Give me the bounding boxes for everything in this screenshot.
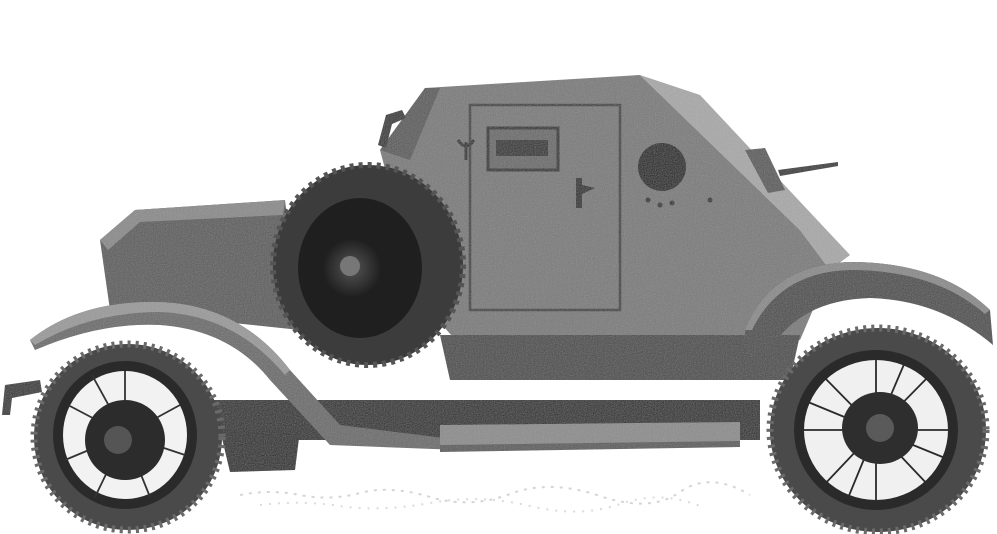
spare-tire — [273, 165, 463, 365]
round-port — [638, 143, 686, 191]
rear-wheel — [770, 328, 986, 532]
armored-car-photo — [0, 0, 997, 534]
front-wheel — [34, 344, 222, 530]
